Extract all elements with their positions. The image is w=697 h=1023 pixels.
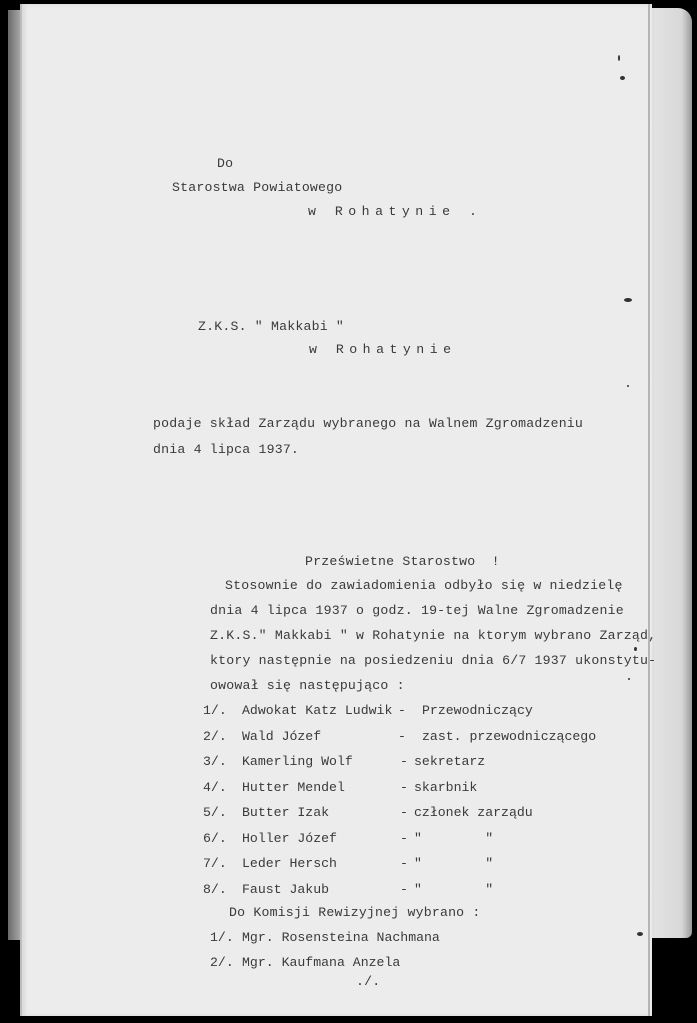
ink-mark	[624, 298, 632, 302]
ink-mark	[618, 55, 620, 61]
board-row-name: Kamerling Wolf	[242, 754, 353, 770]
board-row-role: Przewodniczący	[422, 703, 533, 719]
board-row-dash: -	[400, 856, 408, 872]
board-row-name: Wald Józef	[242, 729, 321, 745]
audit-row-name: Mgr. Kaufmana Anzela	[242, 955, 400, 971]
audit-row-name: Mgr. Rosensteina Nachmana	[242, 930, 440, 946]
board-row-number: 3/.	[203, 754, 227, 770]
board-row-number: 6/.	[203, 831, 227, 847]
board-row-dash: -	[400, 805, 408, 821]
board-row-name: Hutter Mendel	[242, 780, 345, 796]
board-row-number: 8/.	[203, 882, 227, 898]
ink-mark	[637, 932, 643, 936]
addressee-line-3: w Rohatynie .	[308, 204, 482, 220]
body-line-5: owował się następująco :	[210, 678, 405, 694]
ink-mark	[627, 385, 629, 387]
board-row-dash: -	[400, 780, 408, 796]
board-row-role: " "	[414, 882, 493, 898]
ink-mark	[620, 76, 625, 80]
subject-line-1: podaje skład Zarządu wybranego na Walnem…	[153, 416, 583, 432]
board-row-name: Butter Izak	[242, 805, 329, 821]
board-row-role: zast. przewodniczącego	[422, 729, 596, 745]
board-row-number: 4/.	[203, 780, 227, 796]
board-row-role: członek zarządu	[414, 805, 533, 821]
board-row-dash: -	[400, 754, 408, 770]
board-row-dash: -	[400, 882, 408, 898]
body-line-4: ktory następnie na posiedzeniu dnia 6/7 …	[210, 653, 656, 669]
board-row-role: " "	[414, 856, 493, 872]
sender-line-1: Z.K.S. " Makkabi "	[198, 319, 344, 335]
addressee-line-2: Starostwa Powiatowego	[172, 180, 342, 196]
ink-mark	[628, 678, 630, 680]
board-row-name: Holler Józef	[242, 831, 337, 847]
board-row-number: 7/.	[203, 856, 227, 872]
sender-line-2: w Rohatynie	[309, 342, 457, 358]
audit-heading: Do Komisji Rewizyjnej wybrano :	[229, 905, 481, 921]
board-row-dash: -	[398, 729, 406, 745]
body-line-1: Stosownie do zawiadomienia odbyło się w …	[225, 578, 623, 594]
salutation: Prześwietne Starostwo !	[305, 554, 500, 570]
board-row-dash: -	[400, 831, 408, 847]
board-row-role: skarbnik	[414, 780, 477, 796]
subject-line-2: dnia 4 lipca 1937.	[153, 442, 299, 458]
board-row-name: Faust Jakub	[242, 882, 329, 898]
board-row-name: Leder Hersch	[242, 856, 337, 872]
audit-row-number: 1/.	[210, 930, 234, 946]
audit-row-number: 2/.	[210, 955, 234, 971]
ink-mark	[634, 647, 637, 651]
board-row-number: 2/.	[203, 729, 227, 745]
body-line-3: Z.K.S." Makkabi " w Rohatynie na ktorym …	[210, 628, 656, 644]
board-row-number: 1/.	[203, 703, 227, 719]
continuation-mark: ./.	[356, 974, 380, 990]
board-row-name: Adwokat Katz Ludwik	[242, 703, 392, 719]
board-row-role: sekretarz	[414, 754, 485, 770]
page-edge	[648, 4, 650, 1016]
board-row-dash: -	[398, 703, 406, 719]
board-row-number: 5/.	[203, 805, 227, 821]
board-row-role: " "	[414, 831, 493, 847]
body-line-2: dnia 4 lipca 1937 o godz. 19-tej Walne Z…	[210, 603, 624, 619]
addressee-line-1: Do	[217, 156, 233, 172]
